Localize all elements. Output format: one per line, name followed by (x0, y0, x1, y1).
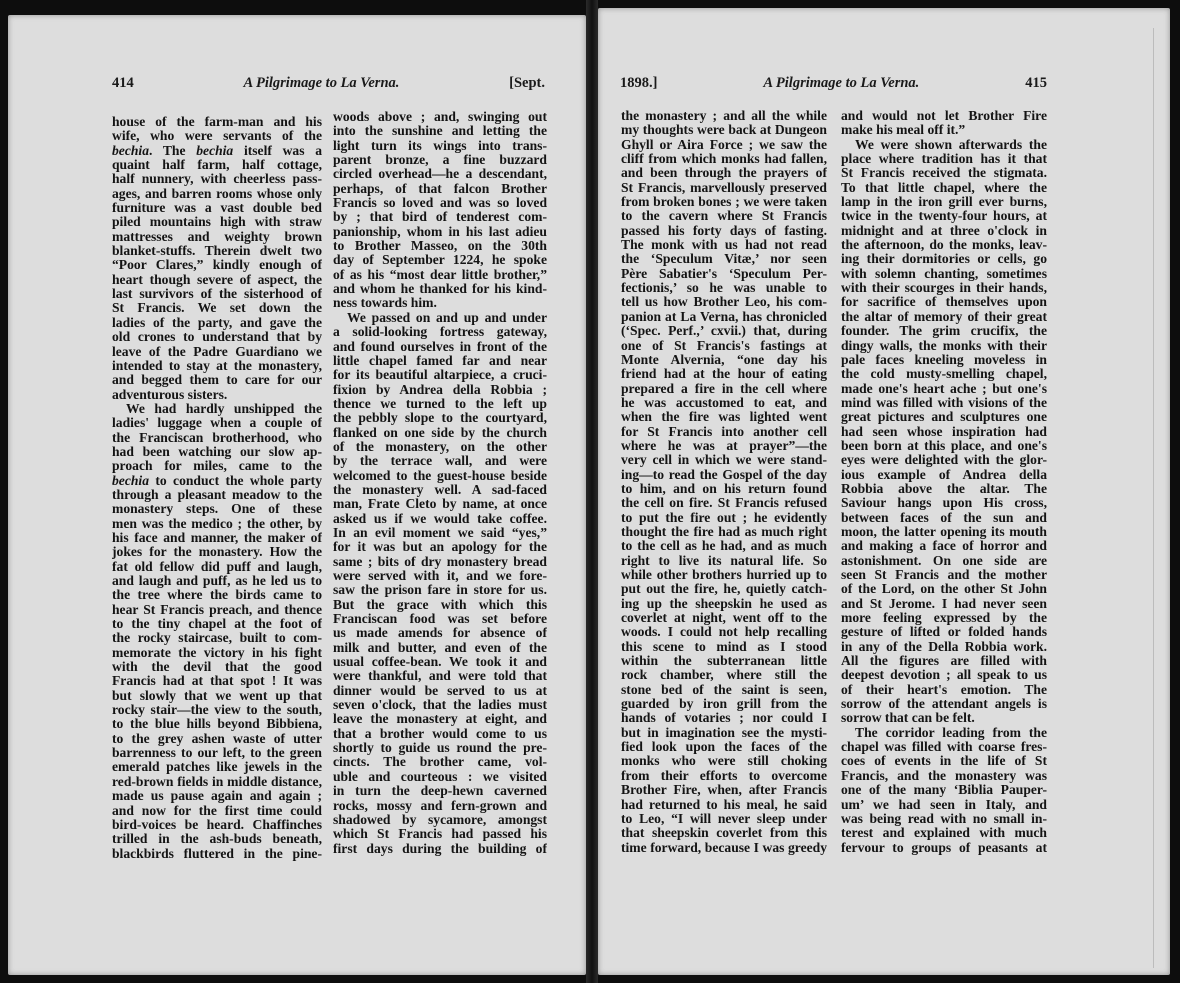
text-line: ladies' luggage when a couple of (112, 416, 322, 430)
text-line: perhaps, of that falcon Brother (333, 182, 547, 196)
text-line: fervour to groups of peasants at (841, 841, 1047, 855)
text-line: to the cavern where St Francis (621, 209, 827, 223)
text-line: leave the monastery at eight, and (333, 712, 547, 726)
text-line: We had hardly unshipped the (112, 402, 322, 416)
text-line: for it was but an apology for the (333, 540, 547, 554)
text-line: of as his “most dear little brother,” (333, 268, 547, 282)
text-line: midnight and at three o'clock in (841, 224, 1047, 238)
text-line: proach for miles, came to the (112, 459, 322, 473)
text-line: through a pleasant meadow to the (112, 488, 322, 502)
text-line: his face and manner, the maker of (112, 531, 322, 545)
text-line: rock chamber, where still the (621, 668, 827, 682)
text-line: light turn its wings into trans- (333, 139, 547, 153)
text-line: by the terrace wall, and were (333, 454, 547, 468)
text-line: the monastery well. A sad-faced (333, 483, 547, 497)
text-line: mind was filled with visions of the (841, 396, 1047, 410)
text-line: but in imagination see the mysti- (621, 726, 827, 740)
text-line: while other brothers hurried up to (621, 568, 827, 582)
text-line: cliff from which monks had fallen, (621, 152, 827, 166)
text-line: from their efforts to overcome (621, 769, 827, 783)
text-line: St Francis received the stigmata. (841, 166, 1047, 180)
text-line: this scene to mind as I stood (621, 640, 827, 654)
text-line: seen St Francis and the mother (841, 568, 1047, 582)
text-line: little chapel famed far and near (333, 354, 547, 368)
text-line: shadowed by sycamore, amongst (333, 813, 547, 827)
text-line: dinner would be served to us at (333, 684, 547, 698)
text-line: house of the farm-man and his (112, 115, 322, 129)
text-line: jokes for the monastery. How the (112, 545, 322, 559)
text-line: Franciscan food was set before (333, 612, 547, 626)
running-title: A Pilgrimage to La Verna. (244, 75, 400, 92)
text-line: circled overhead—he a descendant, (333, 167, 547, 181)
text-line: shortly to guide us round the pre- (333, 741, 547, 755)
text-line: welcomed to the guest-house beside (333, 469, 547, 483)
text-line: to put the fire out ; he evidently (621, 511, 827, 525)
right-page: 1898.] A Pilgrimage to La Verna. 415 the… (598, 8, 1170, 975)
text-line: chapel was filled with coarse fres- (841, 740, 1047, 754)
text-line: the tree where the birds came to (112, 588, 322, 602)
text-line: when the fire was lighted went (621, 410, 827, 424)
text-line: rocks, mossy and fern-grown and (333, 799, 547, 813)
text-line: of their heart's emotion. The (841, 683, 1047, 697)
text-line: had returned to his meal, he said (621, 798, 827, 812)
text-line: had seen whose inspiration had (841, 425, 1047, 439)
text-line: woods above ; and, swinging out (333, 110, 547, 124)
text-line: bechia. The bechia itself was a (112, 144, 322, 158)
text-line: but slowly that we went up that (112, 689, 322, 703)
text-line: with their scourges in their hands, (841, 281, 1047, 295)
text-line: one of St Francis's fastings at (621, 339, 827, 353)
text-line: fixion by Andrea della Robbia ; (333, 383, 547, 397)
running-head-right: 1898.] A Pilgrimage to La Verna. 415 (620, 75, 1047, 95)
text-line: fied look upon the faces of the (621, 740, 827, 754)
text-line: same ; bits of dry monastery bread (333, 555, 547, 569)
text-line: founder. The grim crucifix, the (841, 324, 1047, 338)
text-line: and whom he thanked for his kind- (333, 282, 547, 296)
text-line: Robbia above the altar. The (841, 482, 1047, 496)
text-line: mattresses and weighty brown (112, 230, 322, 244)
text-line: red-brown fields in middle distance, (112, 775, 322, 789)
text-line: to the tiny chapel at the foot of (112, 617, 322, 631)
text-line: usual coffee-bean. We took it and (333, 655, 547, 669)
text-line: ing up the sheepskin he used as (621, 597, 827, 611)
text-line: seven o'clock, that the ladies must (333, 698, 547, 712)
text-line: within the subterranean little (621, 654, 827, 668)
text-line: ious example of Andrea della (841, 468, 1047, 482)
text-line: from broken bones ; we were taken (621, 195, 827, 209)
text-line: prepared a fire in the cell where (621, 382, 827, 396)
text-line: in any of the Della Robbia work. (841, 640, 1047, 654)
text-line: day of September 1224, he spoke (333, 253, 547, 267)
text-column-2: and would not let Brother Firemake his m… (841, 109, 1047, 855)
text-line: where he was at prayer”—the (621, 439, 827, 453)
text-line: with the devil that the good (112, 660, 322, 674)
text-line: and would not let Brother Fire (841, 109, 1047, 123)
text-line: half nunnery, with cheerless pass- (112, 172, 322, 186)
text-line: sorrow of the attendant angels is (841, 697, 1047, 711)
text-line: old crones to understand that by (112, 330, 322, 344)
text-line: Francis had at that spot ! It was (112, 674, 322, 688)
text-line: The monk with us had not read (621, 238, 827, 252)
text-line: made one's heart ache ; but one's (841, 382, 1047, 396)
text-line: monastery steps. One of these (112, 502, 322, 516)
text-line: to him, and on his return found (621, 482, 827, 496)
text-line: and now for the first time could (112, 804, 322, 818)
text-line: time forward, because I was greedy (621, 841, 827, 855)
text-line: Ghyll or Aira Force ; we saw the (621, 138, 827, 152)
text-line: Saviour hangs upon His cross, (841, 496, 1047, 510)
text-line: the afternoon, do the monks, leav- (841, 238, 1047, 252)
text-line: ladies of the party, and gave the (112, 316, 322, 330)
text-line: thought the fire had as much right (621, 525, 827, 539)
text-line: piled mountains high with straw (112, 215, 322, 229)
text-line: made us pause again and again ; (112, 789, 322, 803)
text-line: right to live its natural life. So (621, 554, 827, 568)
text-line: last survivors of the sisterhood of (112, 287, 322, 301)
text-line: friend had at the hour of eating (621, 367, 827, 381)
text-line: asked us if we would take coffee. (333, 512, 547, 526)
text-line: We were shown afterwards the (841, 138, 1047, 152)
text-line: between faces of the sun and (841, 511, 1047, 525)
text-line: uble and courteous : we visited (333, 770, 547, 784)
text-line: the rocky staircase, built to com- (112, 631, 322, 645)
text-line: cincts. The brother came, vol- (333, 755, 547, 769)
text-line: ing their dormitories or cells, go (841, 252, 1047, 266)
text-line: more feeling expressed by the (841, 611, 1047, 625)
text-line: which St Francis had passed his (333, 827, 547, 841)
text-line: Brother Fire, when, after Francis (621, 783, 827, 797)
text-line: men was the medico ; the other, by (112, 517, 322, 531)
text-line: To that little chapel, where the (841, 181, 1047, 195)
text-line: and St Jerome. I had never seen (841, 597, 1047, 611)
text-line: pale faces kneeling moveless in (841, 353, 1047, 367)
text-line: Francis, and the monastery was (841, 769, 1047, 783)
text-line: to the blue hills beyond Bibbiena, (112, 717, 322, 731)
text-line: the cell on fire. St Francis refused (621, 496, 827, 510)
book-gutter (586, 0, 598, 983)
text-line: The corridor leading from the (841, 726, 1047, 740)
text-line: to the grey ashen waste of utter (112, 732, 322, 746)
text-line: heart though severe of aspect, the (112, 273, 322, 287)
text-line: coes of events in the life of St (841, 754, 1047, 768)
running-title: A Pilgrimage to La Verna. (763, 75, 919, 92)
text-line: the altar of memory of their great (841, 310, 1047, 324)
text-line: to Brother Masseo, on the 30th (333, 239, 547, 253)
text-line: ness towards him. (333, 296, 547, 310)
text-line: leave of the Padre Guardiano we (112, 345, 322, 359)
text-line: with solemn chanting, sometimes (841, 267, 1047, 281)
text-line: eyes were delighted with the glor- (841, 453, 1047, 467)
text-line: first days during the building of (333, 842, 547, 856)
text-line: into the sunshine and letting the (333, 124, 547, 138)
text-line: was being read with no small in- (841, 812, 1047, 826)
text-line: us made amends for absence of (333, 626, 547, 640)
text-line: bechia to conduct the whole party (112, 474, 322, 488)
text-line: hands of votaries ; nor could I (621, 711, 827, 725)
text-line: saw the prison fare in store for us. (333, 583, 547, 597)
page-number: 415 (1025, 75, 1047, 92)
text-line: for its beautiful altarpiece, a cruci- (333, 368, 547, 382)
text-line: barrenness to our left, to the green (112, 746, 322, 760)
text-line: of the Lord, on the other St John (841, 582, 1047, 596)
running-date: 1898.] (620, 75, 657, 92)
text-line: panion at La Verna, has chronicled (621, 310, 827, 324)
page-number: 414 (112, 75, 134, 92)
text-line: my thoughts were back at Dungeon (621, 123, 827, 137)
text-line: wife, who were servants of the (112, 129, 322, 143)
text-line: and laugh and puff, as he led us to (112, 574, 322, 588)
text-line: he was accustomed to eat, and (621, 396, 827, 410)
text-line: dingy walls, the monks with their (841, 339, 1047, 353)
text-line: um’ we had seen in Italy, and (841, 798, 1047, 812)
text-line: milk and butter, and even of the (333, 641, 547, 655)
text-line: and been through the prayers of (621, 166, 827, 180)
text-line: the ‘Speculum Vitæ,’ nor seen (621, 252, 827, 266)
text-line: We passed on and up and under (333, 311, 547, 325)
text-line: one of the many ‘Biblia Pauper- (841, 783, 1047, 797)
text-line: fectionis,’ so he was unable to (621, 281, 827, 295)
text-line: and begged them to care for our (112, 373, 322, 387)
text-line: memorate the victory in his fight (112, 646, 322, 660)
running-head-left: 414 A Pilgrimage to La Verna. [Sept. (112, 75, 545, 95)
text-line: sorrow that can be felt. (841, 711, 1047, 725)
text-line: that sheepskin coverlet from this (621, 826, 827, 840)
text-line: Père Sabatier's ‘Speculum Per- (621, 267, 827, 281)
text-line: make his meal off it.” (841, 123, 1047, 137)
text-line: panionship, whom in his last adieu (333, 225, 547, 239)
text-line: for sacrifice of themselves upon (841, 295, 1047, 309)
text-line: and found ourselves in front of the (333, 340, 547, 354)
text-line: “Poor Clares,” kindly enough of (112, 258, 322, 272)
text-line: tell us how Brother Leo, his com- (621, 295, 827, 309)
text-line: deepest devotion ; all speak to us (841, 668, 1047, 682)
running-date: [Sept. (509, 75, 545, 92)
text-line: twice in the twenty-four hours, at (841, 209, 1047, 223)
text-line: the Franciscan brotherhood, who (112, 431, 322, 445)
left-page: 414 A Pilgrimage to La Verna. [Sept. hou… (8, 15, 586, 975)
text-line: St Francis, marvellously preserved (621, 181, 827, 195)
text-column-1: the monastery ; and all the whilemy thou… (621, 109, 827, 855)
text-line: were thankful, and were told that (333, 669, 547, 683)
text-line: for St Francis into another cell (621, 425, 827, 439)
text-line: furniture was a vast double bed (112, 201, 322, 215)
text-line: to the cell as he had, and as much (621, 539, 827, 553)
text-line: thence we turned to the left up (333, 397, 547, 411)
text-line: ages, and barren rooms whose only (112, 187, 322, 201)
text-line: Francis so loved and was so loved (333, 196, 547, 210)
text-line: emerald patches like jewels in the (112, 760, 322, 774)
text-line: In an evil moment we said “yes,” (333, 526, 547, 540)
text-line: guarded by iron grill from the (621, 697, 827, 711)
text-line: the cold musty-smelling chapel, (841, 367, 1047, 381)
text-line: trilled in the ash-buds beneath, (112, 832, 322, 846)
text-line: parent bronze, a fine buzzard (333, 153, 547, 167)
text-line: had been watching our slow ap- (112, 445, 322, 459)
text-line: coverlet at night, went off to the (621, 611, 827, 625)
text-line: bird-voices be heard. Chaffinches (112, 818, 322, 832)
text-column-1: house of the farm-man and hiswife, who w… (112, 115, 322, 861)
text-line: (‘Spec. Perf.,’ cxvii.) that, during (621, 324, 827, 338)
text-line: adventurous sisters. (112, 388, 322, 402)
text-line: fat old fellow did puff and laugh, (112, 560, 322, 574)
text-line: blackbirds fluttered in the pine- (112, 847, 322, 861)
text-line: and making a face of horror and (841, 539, 1047, 553)
text-line: Monte Alvernia, “one day his (621, 353, 827, 367)
text-line: St Francis. We set down the (112, 301, 322, 315)
text-line: a solid-looking fortress gateway, (333, 325, 547, 339)
text-line: man, Frate Cleto by name, at once (333, 497, 547, 511)
text-line: place where tradition has it that (841, 152, 1047, 166)
text-line: woods. I could not help recalling (621, 625, 827, 639)
text-line: But the grace with which this (333, 598, 547, 612)
text-line: passed his forty days of fasting. (621, 224, 827, 238)
text-line: in turn the deep-hewn caverned (333, 784, 547, 798)
text-line: astonishment. On one side are (841, 554, 1047, 568)
text-line: of the monastery, on the other (333, 440, 547, 454)
text-line: to Leo, “I will never sleep under (621, 812, 827, 826)
text-line: gesture of lifted or folded hands (841, 625, 1047, 639)
text-line: very cell in which we were stand- (621, 453, 827, 467)
text-line: that a brother would come to us (333, 727, 547, 741)
text-line: hear St Francis preach, and thence (112, 603, 322, 617)
text-line: stone bed of the saint is seen, (621, 683, 827, 697)
text-line: blanket-stuffs. Therein dwelt two (112, 244, 322, 258)
text-column-2: woods above ; and, swinging outinto the … (333, 110, 547, 856)
text-line: rocky stair—the view to the south, (112, 703, 322, 717)
text-line: quaint half farm, half cottage, (112, 158, 322, 172)
text-line: flanked on one side by the church (333, 426, 547, 440)
text-line: lamp in the iron grill ever burns, (841, 195, 1047, 209)
text-line: moon, the latter opening its mouth (841, 525, 1047, 539)
text-line: been born at this place, and one's (841, 439, 1047, 453)
text-line: terest and explained with much (841, 826, 1047, 840)
text-line: monks who were still choking (621, 754, 827, 768)
text-line: intended to stay at the monastery, (112, 359, 322, 373)
text-line: by ; that bird of tenderest com- (333, 210, 547, 224)
page-edge-line (1153, 28, 1154, 968)
text-line: put out the fire, he, quietly catch- (621, 582, 827, 596)
text-line: were served with it, and we fore- (333, 569, 547, 583)
text-line: the pebbly slope to the courtyard, (333, 411, 547, 425)
text-line: great pictures and sculptures one (841, 410, 1047, 424)
text-line: All the figures are filled with (841, 654, 1047, 668)
text-line: ing—to read the Gospel of the day (621, 468, 827, 482)
text-line: the monastery ; and all the while (621, 109, 827, 123)
